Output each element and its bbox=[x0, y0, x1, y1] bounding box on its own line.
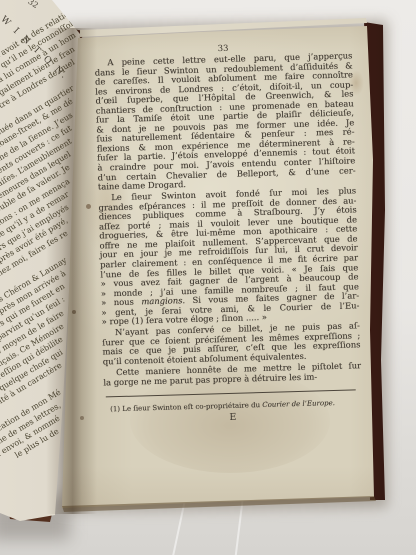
body-text: A peine cette lettre eut-elle paru, que … bbox=[94, 51, 361, 387]
footnote-rule bbox=[106, 390, 356, 398]
book-photo: 32 S W I N T O N. qui avoit eu des relat… bbox=[0, 0, 416, 555]
left-page-number: 32 bbox=[26, 0, 39, 10]
page-text: 33 A peine cette lettre eut-elle paru, q… bbox=[94, 40, 362, 426]
